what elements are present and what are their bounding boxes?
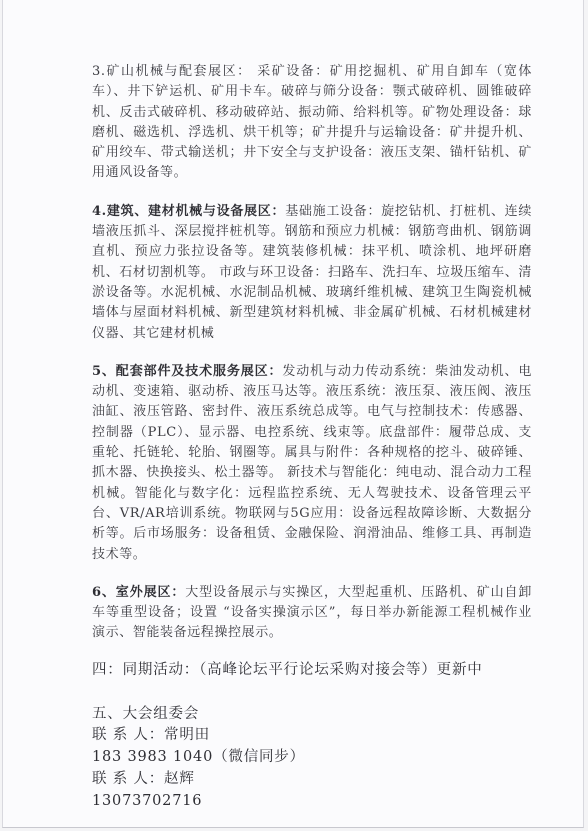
paragraph-body: 基础施工设备：旋挖钻机、打桩机、连续墙液压抓斗、深层搅拌桩机等。钢筋和预应力机械… [92, 204, 532, 341]
contact-name-1: 联 系 人：常明田 [92, 725, 532, 747]
contact-phone-2: 13073702716 [92, 791, 532, 813]
paragraph-heading: 5、配套部件及技术服务展区： [92, 364, 282, 379]
paragraph-body: 发动机与动力传动系统：柴油发动机、电动机、变速箱、驱动桥、液压马达等。液压系统：… [92, 364, 532, 562]
paragraph-mining-machinery: 3.矿山机械与配套展区： 采矿设备：矿用挖掘机、矿用自卸车（宽体车）、井下铲运机… [92, 62, 532, 184]
section-organizing-committee: 五、大会组委会 联 系 人：常明田 183 3983 1040（微信同步） 联 … [92, 704, 532, 813]
section-concurrent-events: 四：同期活动：（高峰论坛平行论坛采购对接会等）更新中 [92, 658, 532, 682]
paragraph-construction-machinery: 4.建筑、建材机械与设备展区：基础施工设备：旋挖钻机、打桩机、连续墙液压抓斗、深… [92, 202, 532, 344]
paragraph-heading: 3.矿山机械与配套展区： [92, 64, 252, 79]
document-content: 3.矿山机械与配套展区： 采矿设备：矿用挖掘机、矿用自卸车（宽体车）、井下铲运机… [92, 62, 532, 812]
paragraph-heading: 4.建筑、建材机械与设备展区： [92, 204, 285, 219]
section-title: 五、大会组委会 [92, 704, 532, 726]
contact-name-2: 联 系 人：赵辉 [92, 769, 532, 791]
document-page: 3.矿山机械与配套展区： 采矿设备：矿用挖掘机、矿用自卸车（宽体车）、井下铲运机… [2, 0, 584, 828]
paragraph-parts-services: 5、配套部件及技术服务展区：发动机与动力传动系统：柴油发动机、电动机、变速箱、驱… [92, 362, 532, 565]
contact-phone-1: 183 3983 1040（微信同步） [92, 747, 532, 769]
paragraph-outdoor-area: 6、室外展区：大型设备展示与实操区，大型起重机、压路机、矿山自卸车等重型设备；设… [92, 583, 532, 644]
paragraph-body: 采矿设备：矿用挖掘机、矿用自卸车（宽体车）、井下铲运机、矿用卡车。破碎与筛分设备… [92, 64, 532, 180]
paragraph-heading: 6、室外展区： [92, 585, 185, 600]
